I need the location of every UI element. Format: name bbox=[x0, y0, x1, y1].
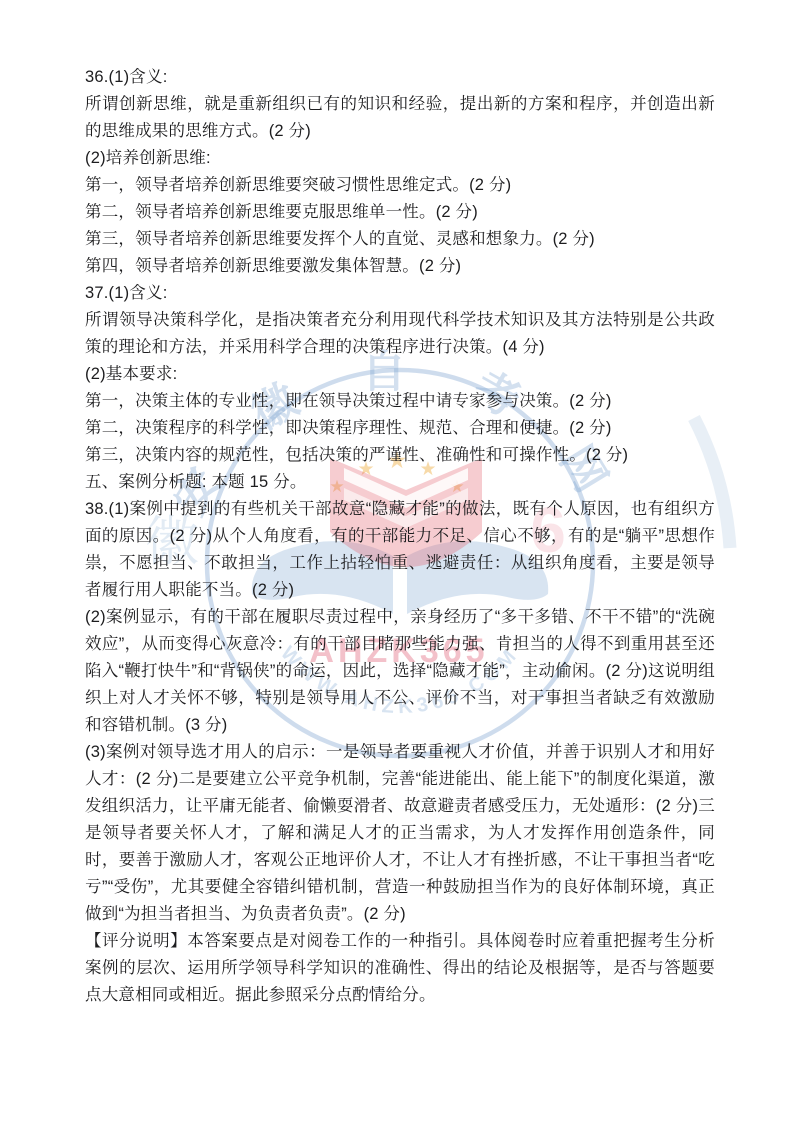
paragraph-q37-heading-1: 37.(1)含义: bbox=[85, 280, 715, 307]
paragraph: 所谓创新思维，就是重新组织已有的知识和经验，提出新的方案和程序，并创造出新的思维… bbox=[85, 91, 715, 145]
paragraph-q38-answer-3: (3)案例对领导选才用人的启示：一是领导者要重视人才价值，并善于识别人才和用好人… bbox=[85, 739, 715, 928]
paragraph-section-heading: 五、案例分析题: 本题 15 分。 bbox=[85, 469, 715, 496]
document-body: 36.(1)含义: 所谓创新思维，就是重新组织已有的知识和经验，提出新的方案和程… bbox=[0, 0, 794, 1123]
paragraph: 第二，领导者培养创新思维要克服思维单一性。(2 分) bbox=[85, 199, 715, 226]
page: { "document": { "paragraphs": [ "36.(1)含… bbox=[0, 0, 794, 1123]
paragraph-grading-note: 【评分说明】本答案要点是对阅卷工作的一种指引。具体阅卷时应着重把握考生分析案例的… bbox=[85, 928, 715, 1009]
paragraph: 第二，决策程序的科学性，即决策程序理性、规范、合理和便捷。(2 分) bbox=[85, 415, 715, 442]
paragraph-q36-heading-2: (2)培养创新思维: bbox=[85, 145, 715, 172]
paragraph-q38-answer-2: (2)案例显示，有的干部在履职尽责过程中，亲身经历了“多干多错、不干不错”的“洗… bbox=[85, 604, 715, 739]
paragraph-q36-heading-1: 36.(1)含义: bbox=[85, 64, 715, 91]
paragraph: 第三，决策内容的规范性，包括决策的严谨性、准确性和可操作性。(2 分) bbox=[85, 442, 715, 469]
paragraph: 第四，领导者培养创新思维要激发集体智慧。(2 分) bbox=[85, 253, 715, 280]
paragraph: 第三，领导者培养创新思维要发挥个人的直觉、灵感和想象力。(2 分) bbox=[85, 226, 715, 253]
paragraph-q37-heading-2: (2)基本要求: bbox=[85, 361, 715, 388]
paragraph: 第一，决策主体的专业性，即在领导决策过程中请专家参与决策。(2 分) bbox=[85, 388, 715, 415]
paragraph: 第一，领导者培养创新思维要突破习惯性思维定式。(2 分) bbox=[85, 172, 715, 199]
paragraph-q38-answer-1: 38.(1)案例中提到的有些机关干部故意“隐藏才能”的做法，既有个人原因，也有组… bbox=[85, 496, 715, 604]
paragraph: 所谓领导决策科学化，是指决策者充分利用现代科学技术知识及其方法特别是公共政策的理… bbox=[85, 307, 715, 361]
